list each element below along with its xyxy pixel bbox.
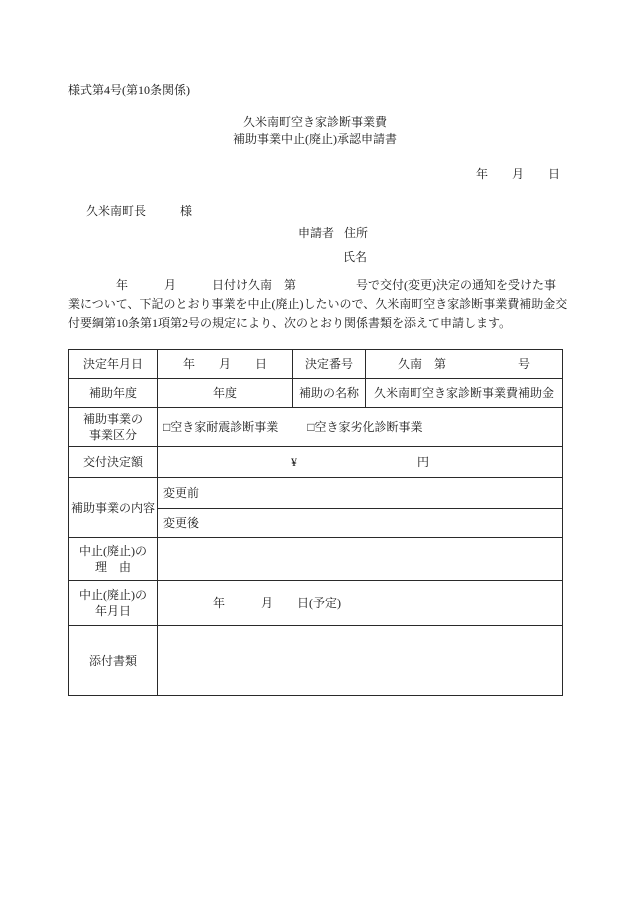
category-label-line2: 事業区分 — [89, 428, 137, 442]
content-after-cell: 変更後 — [158, 509, 563, 538]
content-before-cell: 変更前 — [158, 478, 563, 509]
cancel-reason-label-line2: 理 由 — [95, 560, 131, 574]
document-title-line1: 久米南町空き家診断事業費 — [0, 114, 630, 131]
category-option-seismic-label: 空き家耐震診断事業 — [170, 420, 278, 434]
addressee-name: 久米南町長 — [86, 204, 146, 218]
cancel-reason-label-line1: 中止(廃止)の — [79, 544, 147, 558]
decision-number-value: 久南 第 号 — [366, 350, 563, 379]
category-options-cell: □空き家耐震診断事業 □空き家劣化診断事業 — [158, 408, 563, 447]
application-date-line: 年 月 日 — [476, 165, 560, 182]
addressee-line: 久米南町長様 — [86, 202, 192, 219]
applicant-name-label: 氏名 — [343, 250, 367, 264]
table-row-grant-amount: 交付決定額 ¥ 円 — [69, 447, 563, 478]
applicant-label: 申請者 — [298, 226, 334, 240]
subsidy-year-value: 年度 — [158, 379, 293, 408]
decision-date-label: 決定年月日 — [69, 350, 158, 379]
application-table: 決定年月日 年 月 日 決定番号 久南 第 号 補助年度 年度 補助の名称 久米… — [68, 349, 563, 696]
body-paragraph: 年 月 日付け久南 第 号で交付(変更)決定の通知を受けた事 業について、下記の… — [68, 276, 568, 333]
category-label: 補助事業の 事業区分 — [69, 408, 158, 447]
project-content-label: 補助事業の内容 — [69, 478, 158, 538]
grant-amount-label: 交付決定額 — [69, 447, 158, 478]
table-row-content-before: 補助事業の内容 変更前 — [69, 478, 563, 509]
cancel-date-value: 年 月 日(予定) — [158, 581, 563, 626]
addressee-honorific: 様 — [180, 204, 192, 218]
decision-date-value: 年 月 日 — [158, 350, 293, 379]
category-option-deterioration-label: 空き家劣化診断事業 — [315, 420, 423, 434]
attachments-value-cell — [158, 626, 563, 696]
cancel-date-label-line2: 年月日 — [95, 604, 131, 618]
cancel-reason-value-cell — [158, 538, 563, 581]
table-row-decision-date: 決定年月日 年 月 日 決定番号 久南 第 号 — [69, 350, 563, 379]
document-title-line2: 補助事業中止(廃止)承認申請書 — [0, 131, 630, 148]
grant-amount-value: ¥ 円 — [158, 447, 563, 478]
table-row-cancel-reason: 中止(廃止)の 理 由 — [69, 538, 563, 581]
document-title: 久米南町空き家診断事業費 補助事業中止(廃止)承認申請書 — [0, 114, 630, 148]
table-row-category: 補助事業の 事業区分 □空き家耐震診断事業 □空き家劣化診断事業 — [69, 408, 563, 447]
body-line-3: 付要綱第10条第1項第2号の規定により、次のとおり関係書類を添えて申請します。 — [68, 314, 568, 333]
table-row-subsidy-year: 補助年度 年度 補助の名称 久米南町空き家診断事業費補助金 — [69, 379, 563, 408]
cancel-date-label: 中止(廃止)の 年月日 — [69, 581, 158, 626]
category-label-line1: 補助事業の — [83, 412, 143, 426]
cancel-reason-label: 中止(廃止)の 理 由 — [69, 538, 158, 581]
subsidy-year-label: 補助年度 — [69, 379, 158, 408]
subsidy-name-value: 久米南町空き家診断事業費補助金 — [366, 379, 563, 408]
document-page: 様式第4号(第10条関係) 久米南町空き家診断事業費 補助事業中止(廃止)承認申… — [0, 0, 630, 903]
body-line-1: 年 月 日付け久南 第 号で交付(変更)決定の通知を受けた事 — [68, 276, 568, 295]
applicant-name-row: 氏名 — [298, 245, 368, 269]
cancel-date-label-line1: 中止(廃止)の — [79, 588, 147, 602]
category-option-deterioration: □空き家劣化診断事業 — [307, 420, 422, 434]
attachments-label: 添付書類 — [69, 626, 158, 696]
checkbox-deterioration-icon: □ — [307, 420, 314, 434]
subsidy-name-label: 補助の名称 — [293, 379, 366, 408]
form-number: 様式第4号(第10条関係) — [68, 81, 190, 98]
applicant-block: 申請者住所 氏名 — [298, 221, 368, 269]
category-option-seismic: □空き家耐震診断事業 — [163, 420, 278, 434]
applicant-address-row: 申請者住所 — [298, 221, 368, 245]
table-row-attachments: 添付書類 — [69, 626, 563, 696]
body-line-2: 業について、下記のとおり事業を中止(廃止)したいので、久米南町空き家診断事業費補… — [68, 295, 568, 314]
table-row-cancel-date: 中止(廃止)の 年月日 年 月 日(予定) — [69, 581, 563, 626]
decision-number-label: 決定番号 — [293, 350, 366, 379]
applicant-address-label: 住所 — [344, 226, 368, 240]
